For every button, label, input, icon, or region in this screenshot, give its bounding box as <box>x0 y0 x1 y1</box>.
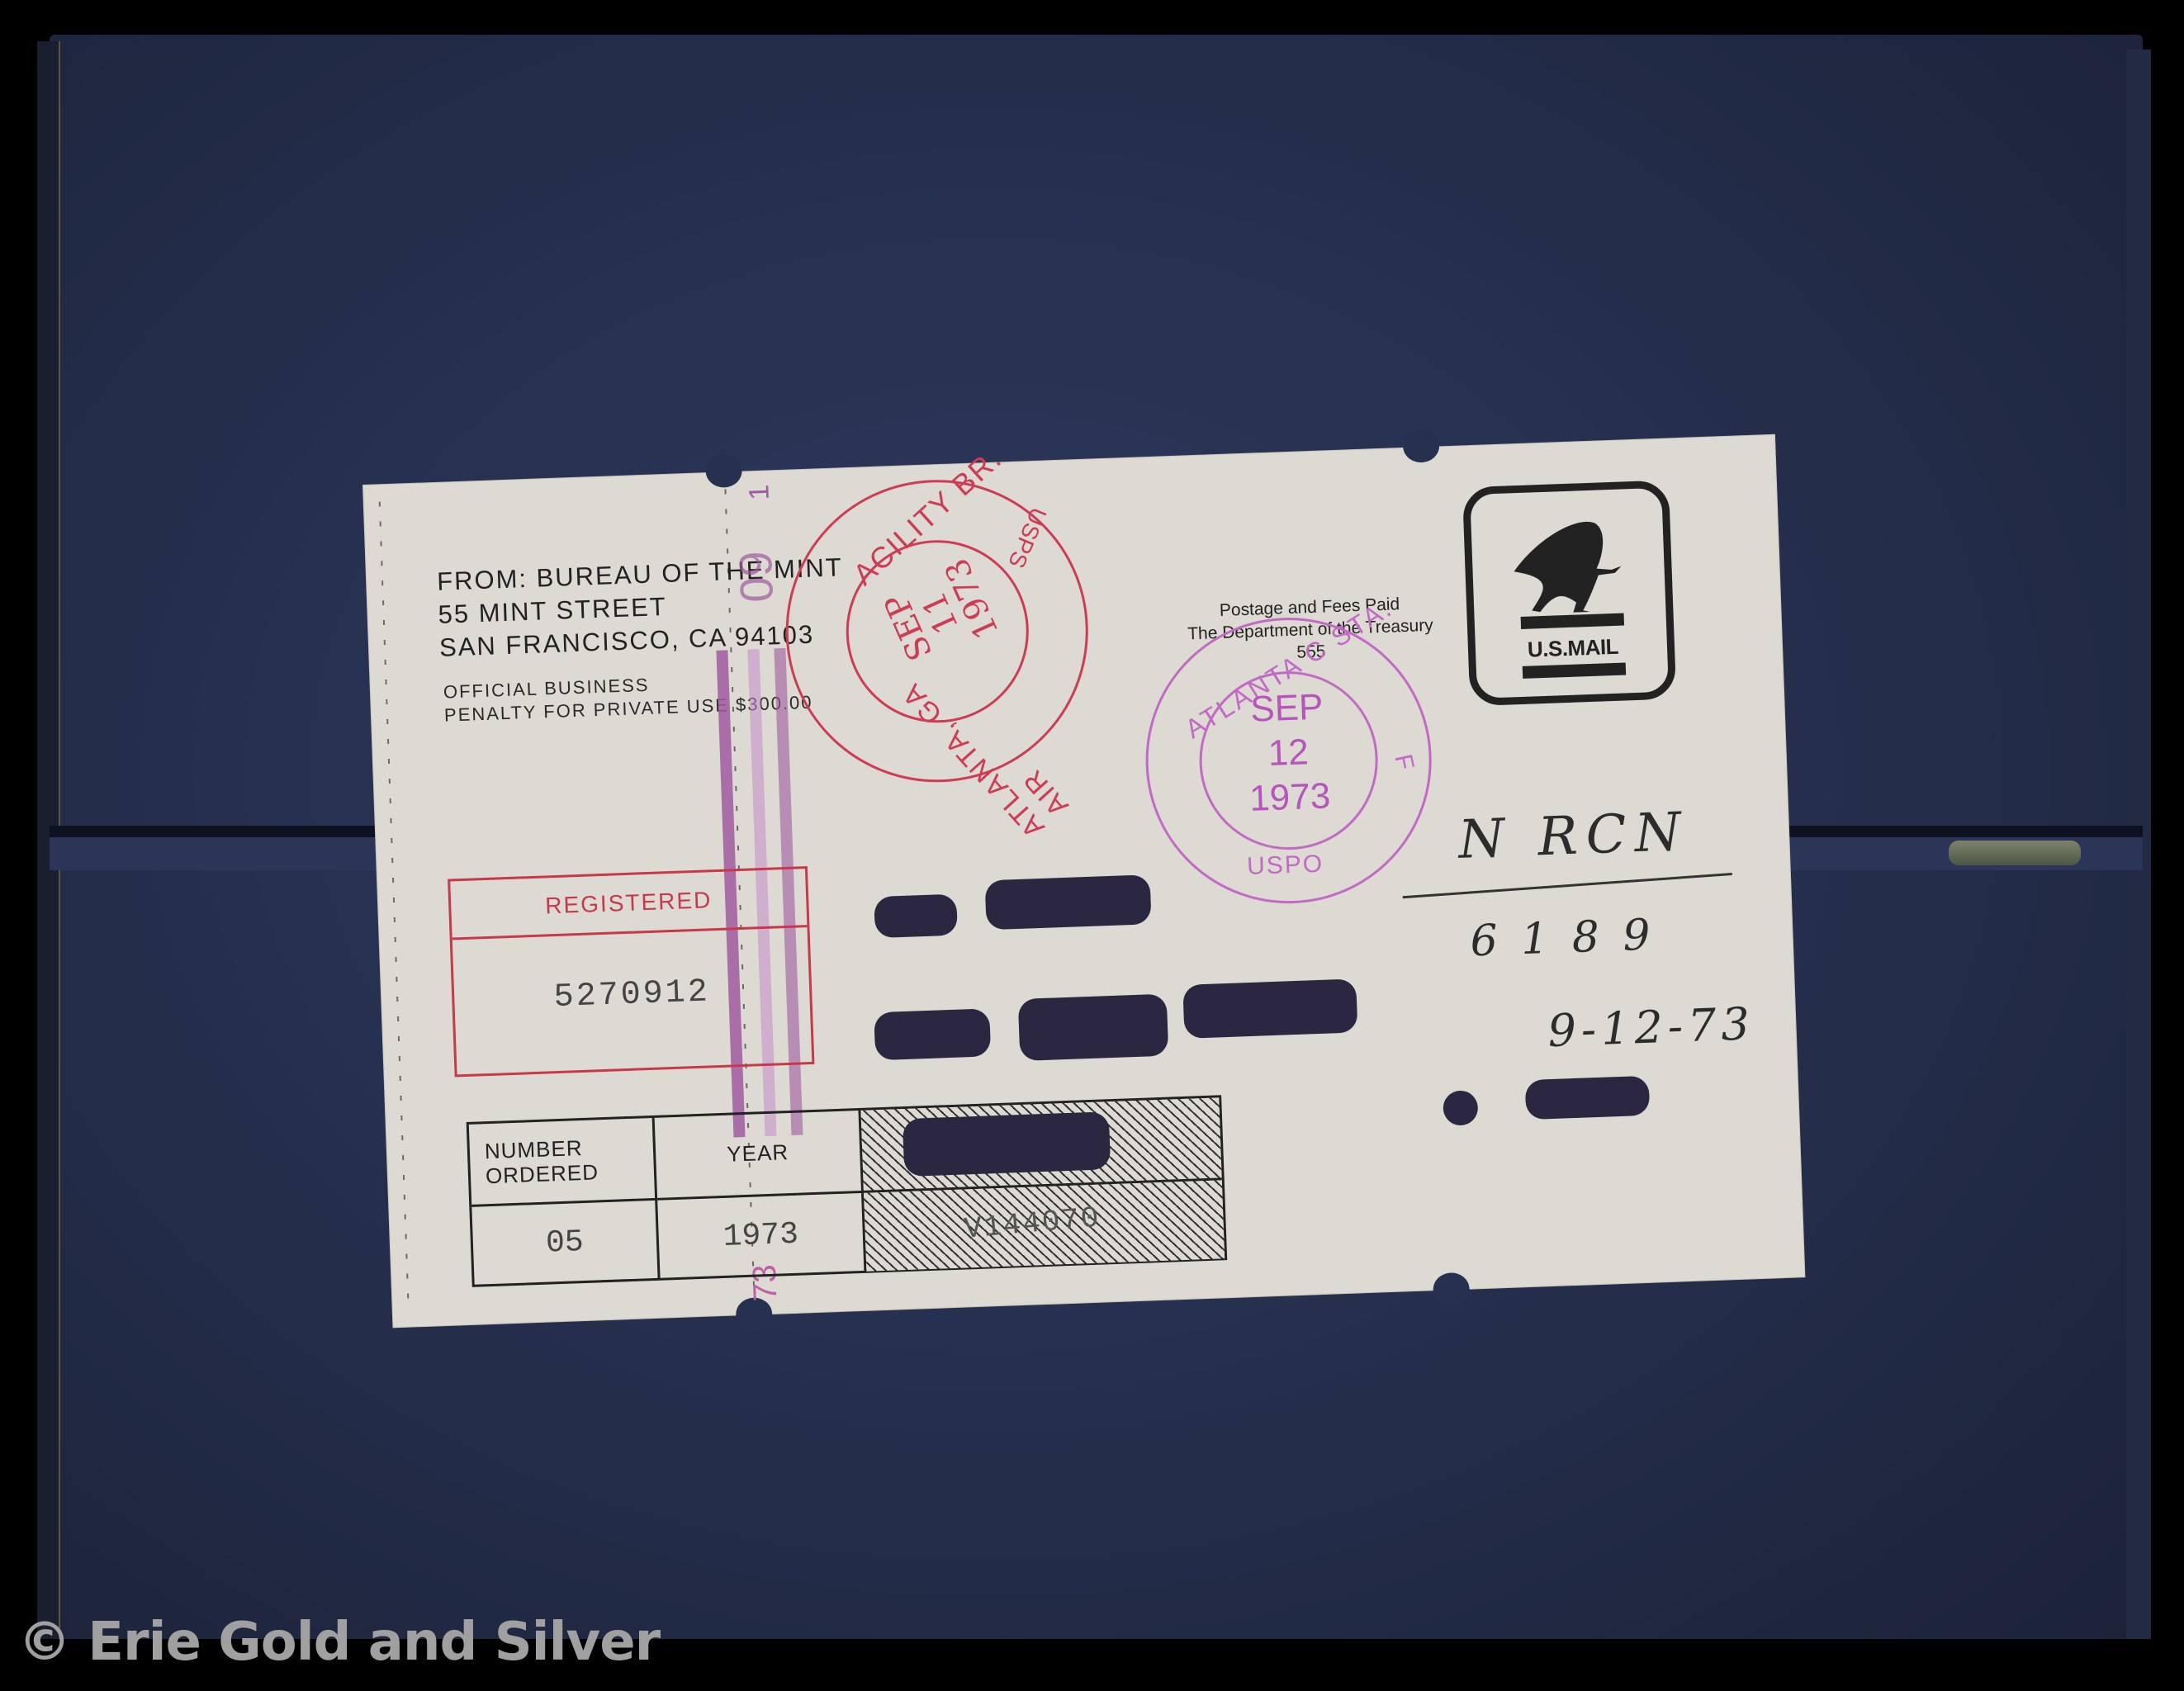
eagle-icon <box>1504 509 1640 630</box>
header-number-ordered: NUMBER ORDERED <box>469 1118 657 1207</box>
us-mail-logo: U.S.MAIL <box>1462 480 1676 706</box>
postmark-red-usps: USPS <box>1002 504 1051 572</box>
handwritten-number: 6 1 8 9 <box>1470 910 1656 966</box>
header-ordered: ORDERED <box>485 1158 639 1189</box>
redaction-mark <box>874 1008 991 1060</box>
postmark-purple-day: 12 <box>1225 728 1351 777</box>
registered-number: 5270912 <box>454 970 810 1020</box>
handwritten-initials: N RCN <box>1457 802 1690 871</box>
copyright-watermark: © Erie Gold and Silver <box>18 1612 660 1673</box>
glue-residue <box>1949 841 2081 865</box>
handwritten-underline <box>1403 873 1732 898</box>
perforation-notch <box>1402 429 1439 463</box>
postmark-red: ACILITY BR. ATLANTA, GA AIR USPS SEP 11 … <box>780 475 1093 788</box>
postmark-purple-bottom: USPO <box>1247 850 1324 881</box>
postmark-purple-ring-right: F <box>1388 752 1419 773</box>
registered-box: REGISTERED 5270912 <box>448 866 814 1077</box>
redaction-mark <box>1018 994 1169 1061</box>
us-mail-text: U.S.MAIL <box>1506 633 1639 664</box>
registered-header: REGISTERED <box>450 869 807 940</box>
header-year: YEAR <box>655 1111 864 1201</box>
redaction-mark <box>1182 978 1357 1038</box>
redaction-mark <box>1525 1076 1651 1120</box>
us-mail-bar-bottom <box>1523 662 1626 678</box>
redaction-mark <box>874 894 958 939</box>
postmark-purple-month: SEP <box>1224 684 1349 733</box>
hatched-code: V144070 <box>963 1201 1101 1246</box>
perforation-notch <box>705 454 742 489</box>
number-ordered-value: 05 <box>471 1201 660 1286</box>
redaction-mark <box>902 1111 1111 1177</box>
side-stamp-middle: 09 <box>728 550 784 604</box>
order-table: NUMBER ORDERED YEAR 05 1973 V144070 <box>467 1095 1228 1287</box>
year-value: 1973 <box>657 1193 866 1279</box>
postmark-purple-year: 1973 <box>1227 773 1353 822</box>
hatched-cell-bottom: V144070 <box>864 1180 1225 1271</box>
side-stamp-top: 1 <box>743 484 776 500</box>
mailing-label: FROM: BUREAU OF THE MINT 55 MINT STREET … <box>363 435 1804 1328</box>
redaction-mark <box>985 874 1152 930</box>
redaction-mark <box>1443 1090 1478 1125</box>
handwritten-date: 9-12-73 <box>1547 997 1755 1057</box>
us-mail-bar-top <box>1521 613 1624 628</box>
header-year-label: YEAR <box>727 1139 789 1167</box>
postmark-purple-date: SEP 12 1973 <box>1224 684 1353 822</box>
